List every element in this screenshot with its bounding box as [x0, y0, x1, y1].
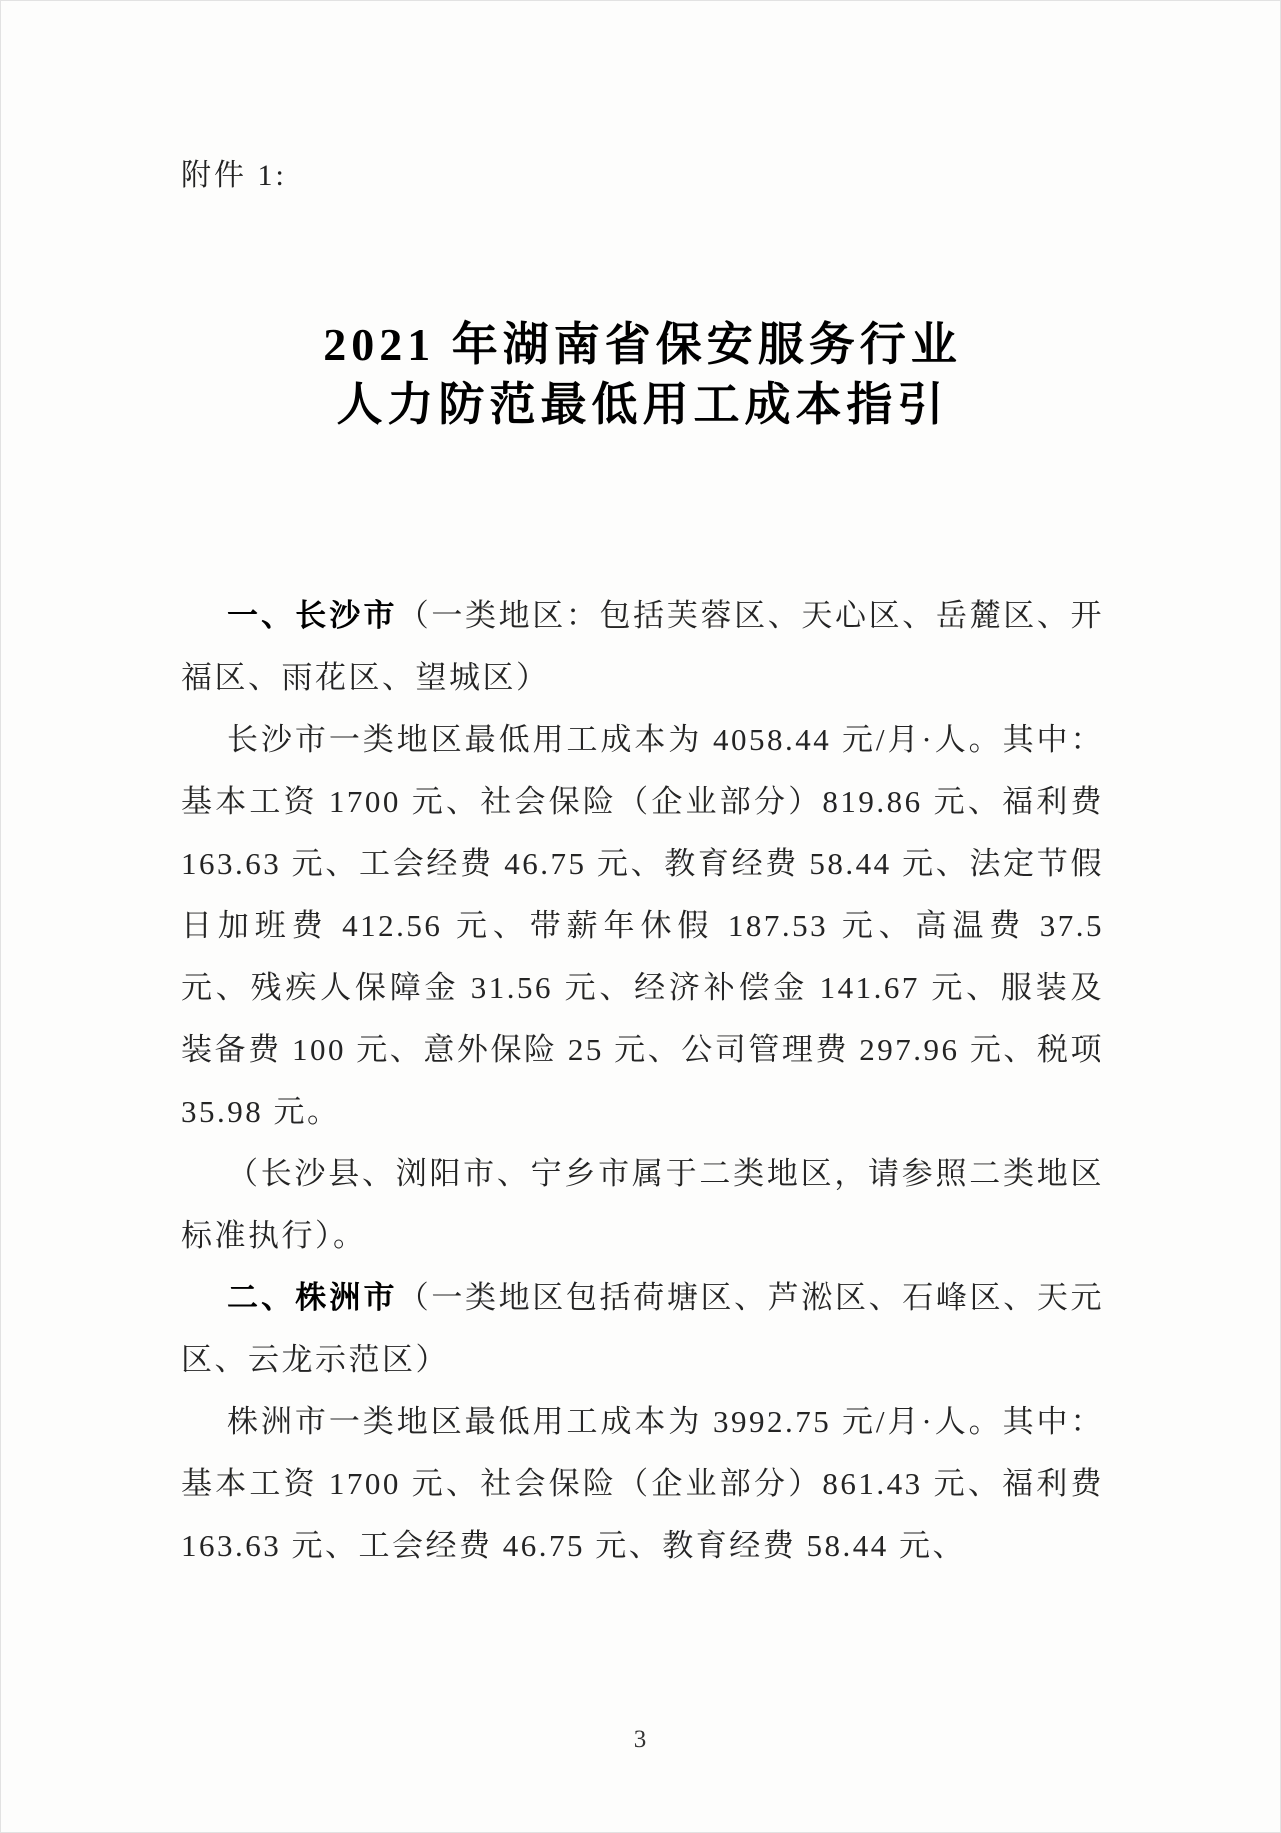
section-zhuzhou-heading-label: 二、株洲市	[227, 1280, 398, 1315]
section-zhuzhou-cost-paragraph: 株洲市一类地区最低用工成本为 3992.75 元/月·人。其中：基本工资 170…	[181, 1391, 1104, 1577]
document-content: 附件 1: 2021 年湖南省保安服务行业 人力防范最低用工成本指引 一、长沙市…	[181, 157, 1104, 1577]
section-changsha-cost-paragraph: 长沙市一类地区最低用工成本为 4058.44 元/月·人。其中：基本工资 170…	[181, 709, 1104, 1143]
document-page: 附件 1: 2021 年湖南省保安服务行业 人力防范最低用工成本指引 一、长沙市…	[0, 0, 1281, 1833]
document-title: 2021 年湖南省保安服务行业 人力防范最低用工成本指引	[181, 315, 1104, 435]
section-changsha-heading-label: 一、长沙市	[227, 598, 398, 633]
page-number: 3	[1, 1726, 1280, 1754]
document-title-line-1: 2021 年湖南省保安服务行业	[181, 315, 1104, 375]
section-zhuzhou-heading: 二、株洲市（一类地区包括荷塘区、芦淞区、石峰区、天元区、云龙示范区）	[181, 1267, 1104, 1391]
section-changsha-heading: 一、长沙市（一类地区：包括芙蓉区、天心区、岳麓区、开福区、雨花区、望城区）	[181, 585, 1104, 709]
document-title-line-2: 人力防范最低用工成本指引	[181, 375, 1104, 435]
section-changsha-note-paragraph: （长沙县、浏阳市、宁乡市属于二类地区，请参照二类地区标准执行）。	[181, 1143, 1104, 1267]
attachment-label: 附件 1:	[181, 157, 1104, 195]
